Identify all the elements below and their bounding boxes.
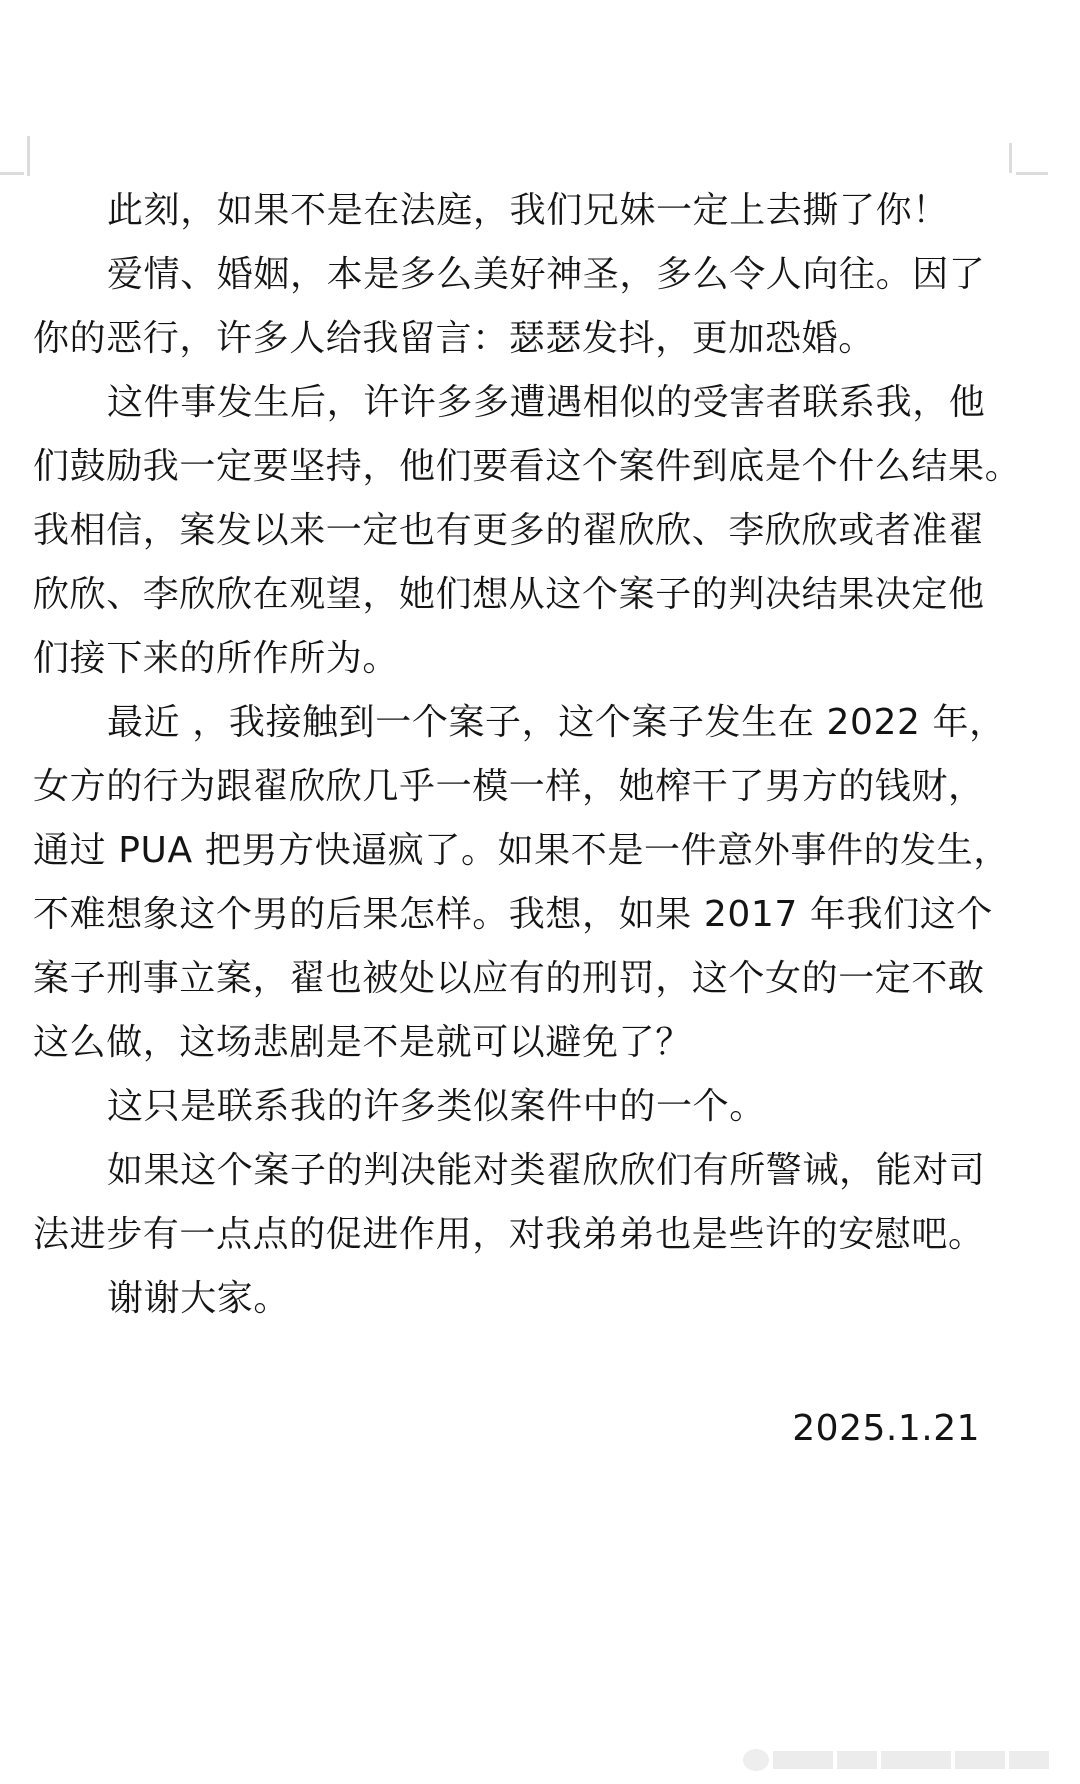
text-line: 爱情、婚姻，本是多么美好神圣，多么令人向往。因了 — [107, 253, 985, 297]
text-line: 通过 PUA 把男方快逼疯了。如果不是一件意外事件的发生， — [33, 829, 1010, 873]
crop-mark-top-left-horizontal — [0, 172, 24, 175]
watermark-logo-icon — [743, 1749, 769, 1771]
text-line: 欣欣、李欣欣在观望，她们想从这个案子的判决结果决定他 — [33, 573, 985, 617]
text-line: 这件事发生后，许许多多遭遇相似的受害者联系我，他 — [107, 381, 985, 425]
text-line: 这只是联系我的许多类似案件中的一个。 — [107, 1085, 766, 1129]
document-body: 此刻，如果不是在法庭，我们兄妹一定上去撕了你！ 爱情、婚姻，本是多么美好神圣，多… — [33, 0, 1033, 1500]
text-line: 们接下来的所作所为。 — [33, 637, 399, 681]
text-line: 这么做，这场悲剧是不是就可以避免了？ — [33, 1021, 692, 1065]
watermark-blur-block — [881, 1751, 951, 1769]
watermark — [743, 1744, 1073, 1776]
watermark-blur-block — [955, 1751, 1005, 1769]
text-line: 最近 ，我接触到一个案子，这个案子发生在 2022 年， — [107, 701, 1006, 745]
text-line: 案子刑事立案，翟也被处以应有的刑罚，这个女的一定不敢 — [33, 957, 985, 1001]
text-line: 谢谢大家。 — [107, 1277, 290, 1321]
crop-mark-top-left-vertical — [27, 136, 30, 176]
watermark-blur-block — [773, 1751, 833, 1769]
text-line: 如果这个案子的判决能对类翟欣欣们有所警诫，能对司 — [107, 1149, 985, 1193]
text-line: 们鼓励我一定要坚持，他们要看这个案件到底是个什么结果。 — [33, 445, 1021, 489]
text-line: 法进步有一点点的促进作用，对我弟弟也是些许的安慰吧。 — [33, 1213, 985, 1257]
text-line: 你的恶行，许多人给我留言：瑟瑟发抖，更加恐婚。 — [33, 317, 875, 361]
text-line: 不难想象这个男的后果怎样。我想，如果 2017 年我们这个 — [33, 893, 993, 937]
text-line: 女方的行为跟翟欣欣几乎一模一样，她榨干了男方的钱财， — [33, 765, 985, 809]
watermark-blur-block — [1009, 1751, 1049, 1769]
text-line: 我相信，案发以来一定也有更多的翟欣欣、李欣欣或者准翟 — [33, 509, 985, 553]
signature-date: 2025.1.21 — [792, 1407, 980, 1451]
watermark-blur-block — [837, 1751, 877, 1769]
text-line: 此刻，如果不是在法庭，我们兄妹一定上去撕了你！ — [107, 189, 949, 233]
